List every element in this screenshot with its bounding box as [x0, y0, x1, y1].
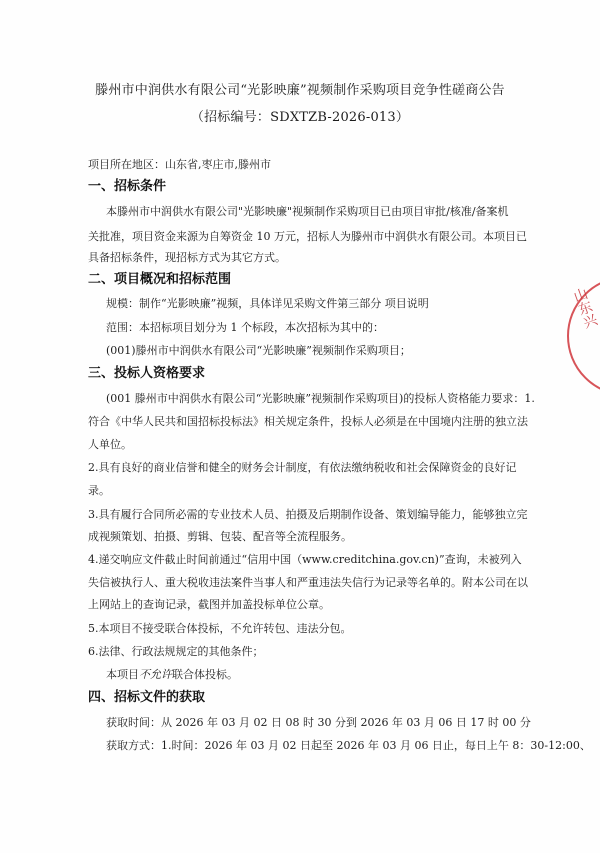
section-1-line: 本滕州市中润供水有限公司"光影映廉"视频制作采购项目已由项目审批/核准/备案机	[106, 205, 509, 219]
note-suffix: 联合体投标。	[172, 668, 238, 681]
document-title: 滕州市中润供水有限公司“光影映廉”视频制作采购项目竞争性磋商公告	[0, 79, 600, 98]
section-2-line: 范围：本招标项目划分为 1 个标段，本次招标为其中的：	[106, 321, 384, 335]
section-3-line: 录。	[88, 484, 110, 498]
section-3-line: 符合《中华人民共和国招标投标法》相关规定条件，投标人必须是在中国境内注册的独立法	[88, 415, 528, 429]
tender-number: （招标编号：SDXTZB-2026-013）	[0, 106, 600, 125]
section-3-line: 4.递交响应文件截止时间前通过“信用中国（www.creditchina.gov…	[88, 553, 522, 567]
section-4-line: 获取方式：1.时间：2026 年 03 月 02 日起至 2026 年 03 月…	[106, 739, 591, 753]
section-3-line: 成视频策划、拍摄、剪辑、包装、配音等全流程服务。	[88, 530, 352, 544]
section-3-line: (001 滕州市中润供水有限公司“光影映廉”视频制作采购项目)的投标人资格能力要…	[106, 392, 535, 406]
note-italic: 不允许	[139, 668, 172, 681]
section-heading-4: 四、招标文件的获取	[88, 690, 205, 706]
section-heading-1: 一、招标条件	[88, 179, 166, 195]
section-3-line: 2.具有良好的商业信誉和健全的财务会计制度，有依法缴纳税收和社会保障资金的良好记	[88, 461, 517, 475]
section-1-line: 具备招标条件，现招标方式为其它方式。	[88, 251, 286, 265]
section-2-line: 规模：制作“光影映廉”视频，具体详见采购文件第三部分 项目说明	[106, 297, 429, 311]
section-1-line: 关批准，项目资金来源为自筹资金 10 万元，招标人为滕州市中润供水有限公司。本项…	[88, 230, 527, 244]
project-location: 项目所在地区：山东省,枣庄市,滕州市	[88, 158, 271, 172]
section-3-line: 3.具有履行合同所必需的专业技术人员、拍摄及后期制作设备、策划编导能力，能够独立…	[88, 508, 528, 522]
section-2-line: (001)滕州市中润供水有限公司“光影映廉”视频制作采购项目；	[106, 344, 411, 358]
section-3-line: 人单位。	[88, 438, 132, 452]
section-3-line: 上网站上的查询记录，截图并加盖投标单位公章。	[88, 598, 330, 612]
note-prefix: 本项目	[106, 668, 139, 681]
section-4-line: 获取时间：从 2026 年 03 月 02 日 08 时 30 分到 2026 …	[106, 716, 531, 730]
section-3-note: 本项目不允许联合体投标。	[106, 668, 238, 682]
section-heading-3: 三、投标人资格要求	[88, 366, 205, 382]
section-3-line: 5.本项目不接受联合体投标，不允许转包、违法分包。	[88, 622, 352, 636]
section-3-line: 6.法律、行政法规规定的其他条件；	[88, 645, 264, 659]
section-3-line: 失信被执行人、重大税收违法案件当事人和严重违法失信行为记录等名单的。附本公司在以	[88, 576, 528, 590]
document-page: 滕州市中润供水有限公司“光影映廉”视频制作采购项目竞争性磋商公告 （招标编号：S…	[0, 0, 600, 853]
section-heading-2: 二、项目概况和招标范围	[88, 272, 231, 288]
